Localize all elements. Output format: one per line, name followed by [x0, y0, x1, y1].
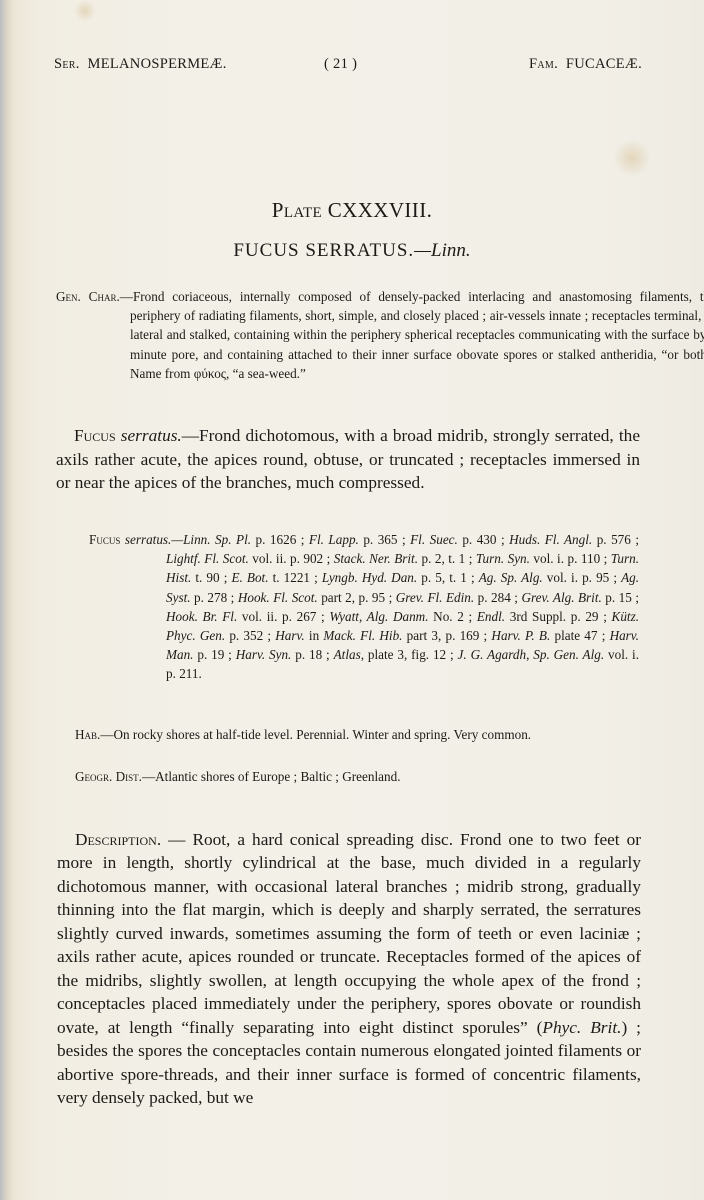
reference-locator: p. 430 ;: [458, 532, 509, 547]
geographic-distribution: Geogr. Dist.—Atlantic shores of Europe ;…: [75, 767, 645, 786]
habitat-label: Hab.: [75, 727, 100, 742]
book-page: Ser. MELANOSPERMEÆ. ( 21 ) Fam. FUCACEÆ.…: [0, 0, 704, 1200]
diagnosis-epithet: serratus.: [121, 426, 182, 445]
reference-title: Harv. Syn.: [236, 647, 292, 662]
synonymy-epithet: serratus.: [125, 532, 172, 547]
reference-locator: p. 1626 ;: [251, 532, 309, 547]
diagnosis-genus: Fucus: [74, 426, 116, 445]
reference-locator: p. 576 ;: [592, 532, 639, 547]
family-name: FUCACEÆ.: [566, 56, 642, 72]
reference-title: Endl.: [477, 609, 505, 624]
reference-title: Fl. Suec.: [410, 532, 458, 547]
reference-list: —Linn. Sp. Pl. p. 1626 ; Fl. Lapp. p. 36…: [166, 532, 639, 681]
reference-locator: 3rd Suppl. p. 29 ;: [505, 609, 611, 624]
species-diagnosis: Fucus serratus.—Frond dichotomous, with …: [56, 424, 640, 495]
reference-locator: vol. i. p. 95 ;: [543, 570, 621, 585]
species-authority: —Linn.: [414, 240, 471, 261]
plate-number: CXXXVIII.: [328, 198, 433, 222]
generic-characters: Gen. Char.—Frond coriaceous, internally …: [56, 287, 704, 383]
gen-char-label: Gen. Char.: [56, 289, 120, 304]
gen-char-text: —Frond coriaceous, internally composed o…: [120, 289, 704, 381]
reference-locator: vol. ii. p. 902 ;: [249, 551, 334, 566]
synonymy-genus: Fucus: [89, 532, 120, 547]
synonymy-references: Fucus serratus.—Linn. Sp. Pl. p. 1626 ; …: [89, 530, 639, 684]
reference-locator: t. 1221 ;: [269, 570, 322, 585]
reference-title: Hook. Fl. Scot.: [238, 590, 318, 605]
reference-title: Lightf. Fl. Scot.: [166, 551, 249, 566]
reference-locator: p. 5, t. 1 ;: [417, 570, 479, 585]
species-title: FUCUS SERRATUS.—Linn.: [0, 240, 704, 262]
reference-title: —Linn. Sp. Pl.: [171, 532, 251, 547]
reference-locator: part 3, p. 169 ;: [402, 628, 491, 643]
reference-title: Mack. Fl. Hib.: [323, 628, 402, 643]
reference-locator: vol. i. p. 110 ;: [530, 551, 611, 566]
reference-title: J. G. Agardh, Sp. Gen. Alg.: [458, 647, 605, 662]
reference-title: Wyatt, Alg. Danm.: [329, 609, 428, 624]
reference-locator: plate 3, fig. 12 ;: [364, 647, 458, 662]
reference-locator: p. 352 ;: [225, 628, 275, 643]
reference-locator: part 2, p. 95 ;: [318, 590, 396, 605]
description-citation: Phyc. Brit.: [542, 1018, 621, 1037]
series-label: Ser.: [54, 56, 80, 72]
habitat-text: —On rocky shores at half-tide level. Per…: [100, 727, 531, 742]
reference-locator: No. 2 ;: [429, 609, 477, 624]
reference-locator: t. 90 ;: [191, 570, 231, 585]
page-number: ( 21 ): [324, 56, 357, 73]
reference-title: Lyngb. Hyd. Dan.: [322, 570, 417, 585]
paper-stain: [74, 0, 96, 22]
reference-title: Grev. Alg. Brit.: [521, 590, 601, 605]
reference-locator: p. 2, t. 1 ;: [418, 551, 476, 566]
reference-locator: p. 365 ;: [359, 532, 410, 547]
geogr-text: —Atlantic shores of Europe ; Baltic ; Gr…: [142, 769, 401, 784]
plate-label: Plate: [272, 198, 322, 222]
reference-locator: p. 278 ;: [191, 590, 238, 605]
reference-title: Grev. Fl. Edin.: [396, 590, 474, 605]
description-label: Description.: [75, 830, 161, 849]
description-text: — Root, a hard conical spreading disc. F…: [57, 830, 641, 1037]
running-head-family: Fam. FUCACEÆ.: [529, 56, 642, 73]
family-label: Fam.: [529, 56, 558, 72]
species-name: FUCUS SERRATUS.: [233, 240, 414, 261]
reference-title: E. Bot.: [231, 570, 268, 585]
reference-locator: p. 19 ;: [193, 647, 235, 662]
reference-title: Fl. Lapp.: [309, 532, 359, 547]
reference-locator: plate 47 ;: [550, 628, 609, 643]
reference-title: Stack. Ner. Brit.: [334, 551, 418, 566]
reference-title: Turn. Syn.: [476, 551, 530, 566]
reference-locator: vol. ii. p. 267 ;: [237, 609, 329, 624]
reference-title: Harv.: [275, 628, 304, 643]
running-head: Ser. MELANOSPERMEÆ. ( 21 ) Fam. FUCACEÆ.: [54, 56, 642, 76]
description: Description. — Root, a hard conical spre…: [57, 828, 641, 1109]
reference-title: Ag. Sp. Alg.: [479, 570, 543, 585]
series-name: MELANOSPERMEÆ.: [88, 56, 227, 72]
reference-title: Harv. P. B.: [491, 628, 550, 643]
reference-title: Atlas,: [334, 647, 364, 662]
running-head-series: Ser. MELANOSPERMEÆ.: [54, 56, 227, 73]
geogr-label: Geogr. Dist.: [75, 769, 142, 784]
reference-locator: p. 18 ;: [291, 647, 333, 662]
habitat: Hab.—On rocky shores at half-tide level.…: [57, 725, 641, 745]
reference-locator: in: [305, 628, 324, 643]
reference-title: Huds. Fl. Angl.: [509, 532, 592, 547]
reference-locator: p. 284 ;: [474, 590, 521, 605]
reference-locator: p. 15 ;: [602, 590, 639, 605]
reference-title: Hook. Br. Fl.: [166, 609, 237, 624]
paper-stain: [612, 140, 652, 176]
plate-title: Plate CXXXVIII.: [0, 198, 704, 223]
